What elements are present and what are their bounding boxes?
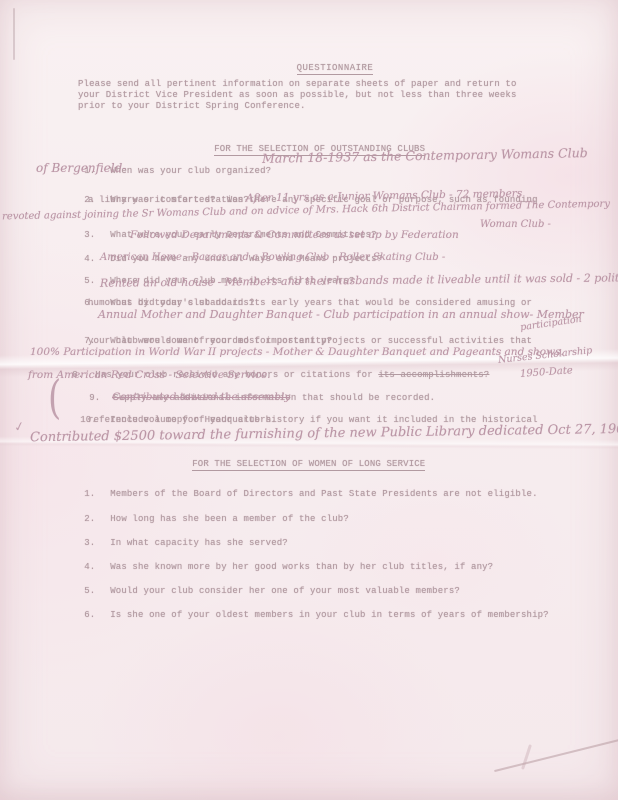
section2-heading: FOR THE SELECTION OF WOMEN OF LONG SERVI… bbox=[170, 448, 425, 481]
handwritten-margin-note-continued: Woman Club - bbox=[480, 219, 551, 230]
section2-item-4-number: 4. bbox=[84, 562, 110, 573]
section2-item-2-text: How long has she been a member of the cl… bbox=[110, 514, 349, 524]
question-8-struck-text: its accomplishments? bbox=[378, 370, 489, 380]
section2-heading-text: FOR THE SELECTION OF WOMEN OF LONG SERVI… bbox=[192, 459, 425, 471]
question-9-number: 9. bbox=[89, 393, 113, 404]
section2-item-3-text: In what capacity has she served? bbox=[110, 538, 288, 548]
paper-crease-bottom-right-fold bbox=[521, 744, 532, 770]
section2-item-6-text: Is she one of your oldest members in you… bbox=[110, 610, 549, 620]
section2-item-6: 6.Is she one of your oldest members in y… bbox=[62, 599, 549, 632]
question-2-line2: a library or comfort station? - bbox=[88, 195, 260, 206]
questionnaire-page: QUESTIONNAIRE Please send all pertinent … bbox=[0, 0, 618, 800]
section2-item-4-text: Was she known more by her good works tha… bbox=[110, 562, 493, 572]
handwritten-answer-3: Followed Departments & Committees as set… bbox=[130, 229, 459, 241]
section2-item-1-text: Members of the Board of Directors and Pa… bbox=[110, 489, 537, 499]
section2-item-6-number: 6. bbox=[84, 610, 110, 621]
handwritten-answer-9-struck: Contributed toward the assembly bbox=[112, 391, 290, 403]
section2-item-1-number: 1. bbox=[84, 489, 110, 500]
question-1-text: When was your club organized? bbox=[110, 166, 271, 176]
margin-check-mark: ✓ bbox=[13, 419, 27, 436]
page-title-text: QUESTIONNAIRE bbox=[297, 63, 374, 75]
handwritten-answer-7: 100% Participation in World War II proje… bbox=[30, 346, 564, 358]
question-10-line2: reference volume for Headquarters. bbox=[88, 415, 277, 426]
handwritten-answer-6: Annual Mother and Daughter Banquet - Clu… bbox=[98, 308, 584, 321]
section2-item-5-number: 5. bbox=[84, 586, 110, 597]
paper-crease-bottom-right bbox=[494, 734, 618, 772]
section2-item-3-number: 3. bbox=[84, 538, 110, 549]
handwritten-date-note: 1950-Date bbox=[520, 365, 573, 380]
section2-item-2-number: 2. bbox=[84, 514, 110, 525]
paper-crease-left bbox=[13, 8, 15, 60]
handwritten-answer-1-continued: of Bergenfield- bbox=[36, 161, 126, 175]
handwritten-answer-8: from American Red Cross - Selective Serv… bbox=[28, 369, 271, 381]
margin-brace-mark: ( bbox=[48, 371, 61, 425]
question-3-number: 3. bbox=[84, 230, 110, 241]
intro-line-2: your District Vice President as soon as … bbox=[78, 90, 517, 101]
section2-item-5-text: Would your club consider her one of your… bbox=[110, 586, 460, 596]
intro-line-1: Please send all pertinent information on… bbox=[78, 79, 517, 90]
handwritten-answer-4: American Home - Bazaar and a Bowling Clu… bbox=[100, 252, 445, 263]
intro-line-3: prior to your District Spring Conference… bbox=[78, 101, 306, 112]
